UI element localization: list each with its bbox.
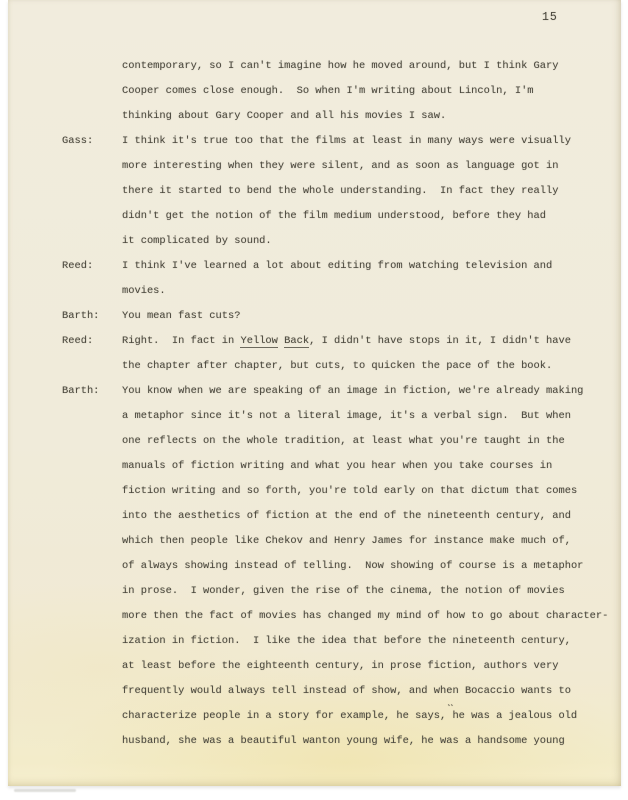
transcript-line: at least before the eighteenth century, … [122, 654, 621, 679]
transcript-line: in prose. I wonder, given the rise of th… [122, 579, 621, 604]
line-text: manuals of fiction writing and what you … [122, 460, 552, 472]
transcript: contemporary, so I can't imagine how he … [8, 54, 621, 754]
line-text: , I didn't have stops in it, I didn't ha… [309, 335, 571, 347]
transcript-line: movies. [122, 279, 621, 304]
speech-lines: I think I've learned a lot about editing… [122, 254, 621, 304]
transcript-line: manuals of fiction writing and what you … [122, 454, 621, 479]
transcript-line: more interesting when they were silent, … [122, 154, 621, 179]
line-text: characterize people in a story for examp… [122, 710, 446, 722]
transcript-block: Barth:You mean fast cuts? [8, 304, 621, 329]
line-text: it complicated by sound. [122, 235, 272, 247]
line-text: there it started to bend the whole under… [122, 185, 558, 197]
transcript-line: thinking about Gary Cooper and all his m… [122, 104, 621, 129]
transcript-line: the chapter after chapter, but cuts, to … [122, 354, 621, 379]
line-text: the chapter after chapter, but cuts, to … [122, 360, 552, 372]
line-text: which then people like Chekov and Henry … [122, 535, 571, 547]
transcript-line: which then people like Chekov and Henry … [122, 529, 621, 554]
transcript-line: into the aesthetics of fiction at the en… [122, 504, 621, 529]
line-text: one reflects on the whole tradition, at … [122, 435, 565, 447]
transcript-line: husband, she was a beautiful wanton youn… [122, 729, 621, 754]
line-text: You know when we are speaking of an imag… [122, 385, 583, 397]
transcript-line: there it started to bend the whole under… [122, 179, 621, 204]
line-text: at least before the eighteenth century, … [122, 660, 558, 672]
transcript-block: Gass:I think it's true too that the film… [8, 129, 621, 254]
transcript-line: of always showing instead of telling. No… [122, 554, 621, 579]
speaker-label: Reed: [62, 329, 93, 354]
line-text: Right. In fact in [122, 335, 240, 347]
speech-lines: You mean fast cuts? [122, 304, 621, 329]
transcript-block: Barth:You know when we are speaking of a… [8, 379, 621, 754]
transcript-line: didn't get the notion of the film medium… [122, 204, 621, 229]
line-text: I think I've learned a lot about editing… [122, 260, 552, 272]
line-text: thinking about Gary Cooper and all his m… [122, 110, 446, 122]
speech-lines: You know when we are speaking of an imag… [122, 379, 621, 754]
transcript-block: Reed:I think I've learned a lot about ed… [8, 254, 621, 304]
speaker-label: Reed: [62, 254, 93, 279]
line-text: in prose. I wonder, given the rise of th… [122, 585, 565, 597]
speech-lines: Right. In fact in Yellow Back, I didn't … [122, 329, 621, 379]
speech-lines: contemporary, so I can't imagine how he … [122, 54, 621, 129]
transcript-line: frequently would always tell instead of … [122, 679, 621, 704]
transcript-line: it complicated by sound. [122, 229, 621, 254]
transcript-line: one reflects on the whole tradition, at … [122, 429, 621, 454]
transcript-line: ization in fiction. I like the idea that… [122, 629, 621, 654]
underlined-title: Yellow [240, 335, 277, 348]
transcript-line: You know when we are speaking of an imag… [122, 379, 621, 404]
transcript-line: Right. In fact in Yellow Back, I didn't … [122, 329, 621, 354]
line-text: I think it's true too that the films at … [122, 135, 571, 147]
transcript-line: Cooper comes close enough. So when I'm w… [122, 79, 621, 104]
line-text: movies. [122, 285, 166, 297]
transcript-line: I think I've learned a lot about editing… [122, 254, 621, 279]
transcript-line: fiction writing and so forth, you're tol… [122, 479, 621, 504]
line-text: ization in fiction. I like the idea that… [122, 635, 571, 647]
speech-lines: I think it's true too that the films at … [122, 129, 621, 254]
page-number: 15 [542, 11, 558, 24]
line-text: frequently would always tell instead of … [122, 685, 571, 697]
line-text: of always showing instead of telling. No… [122, 560, 583, 572]
handwritten-insertion-mark: ˋˋ [446, 698, 452, 723]
scan-smudge [14, 789, 76, 792]
scanned-page: 15 contemporary, so I can't imagine how … [0, 0, 628, 800]
speaker-label: Gass: [62, 129, 93, 154]
transcript-block: contemporary, so I can't imagine how he … [8, 54, 621, 129]
line-text: didn't get the notion of the film medium… [122, 210, 546, 222]
line-text: You mean fast cuts? [122, 310, 240, 322]
underlined-title: Back [284, 335, 309, 348]
transcript-line: a metaphor since it's not a literal imag… [122, 404, 621, 429]
line-text: Cooper comes close enough. So when I'm w… [122, 85, 534, 97]
line-text: contemporary, so I can't imagine how he … [122, 60, 558, 72]
transcript-line: characterize people in a story for examp… [122, 704, 621, 729]
transcript-line: contemporary, so I can't imagine how he … [122, 54, 621, 79]
line-text: more then the fact of movies has changed… [122, 610, 608, 622]
line-text: fiction writing and so forth, you're tol… [122, 485, 577, 497]
line-text: husband, she was a beautiful wanton youn… [122, 735, 565, 747]
transcript-line: I think it's true too that the films at … [122, 129, 621, 154]
paper-sheet: 15 contemporary, so I can't imagine how … [8, 0, 621, 786]
speaker-label: Barth: [62, 379, 99, 404]
transcript-block: Reed:Right. In fact in Yellow Back, I di… [8, 329, 621, 379]
line-text: more interesting when they were silent, … [122, 160, 558, 172]
line-text: a metaphor since it's not a literal imag… [122, 410, 571, 422]
line-text: into the aesthetics of fiction at the en… [122, 510, 571, 522]
transcript-line: more then the fact of movies has changed… [122, 604, 621, 629]
transcript-line: You mean fast cuts? [122, 304, 621, 329]
line-text: he was a jealous old [452, 710, 577, 722]
speaker-label: Barth: [62, 304, 99, 329]
